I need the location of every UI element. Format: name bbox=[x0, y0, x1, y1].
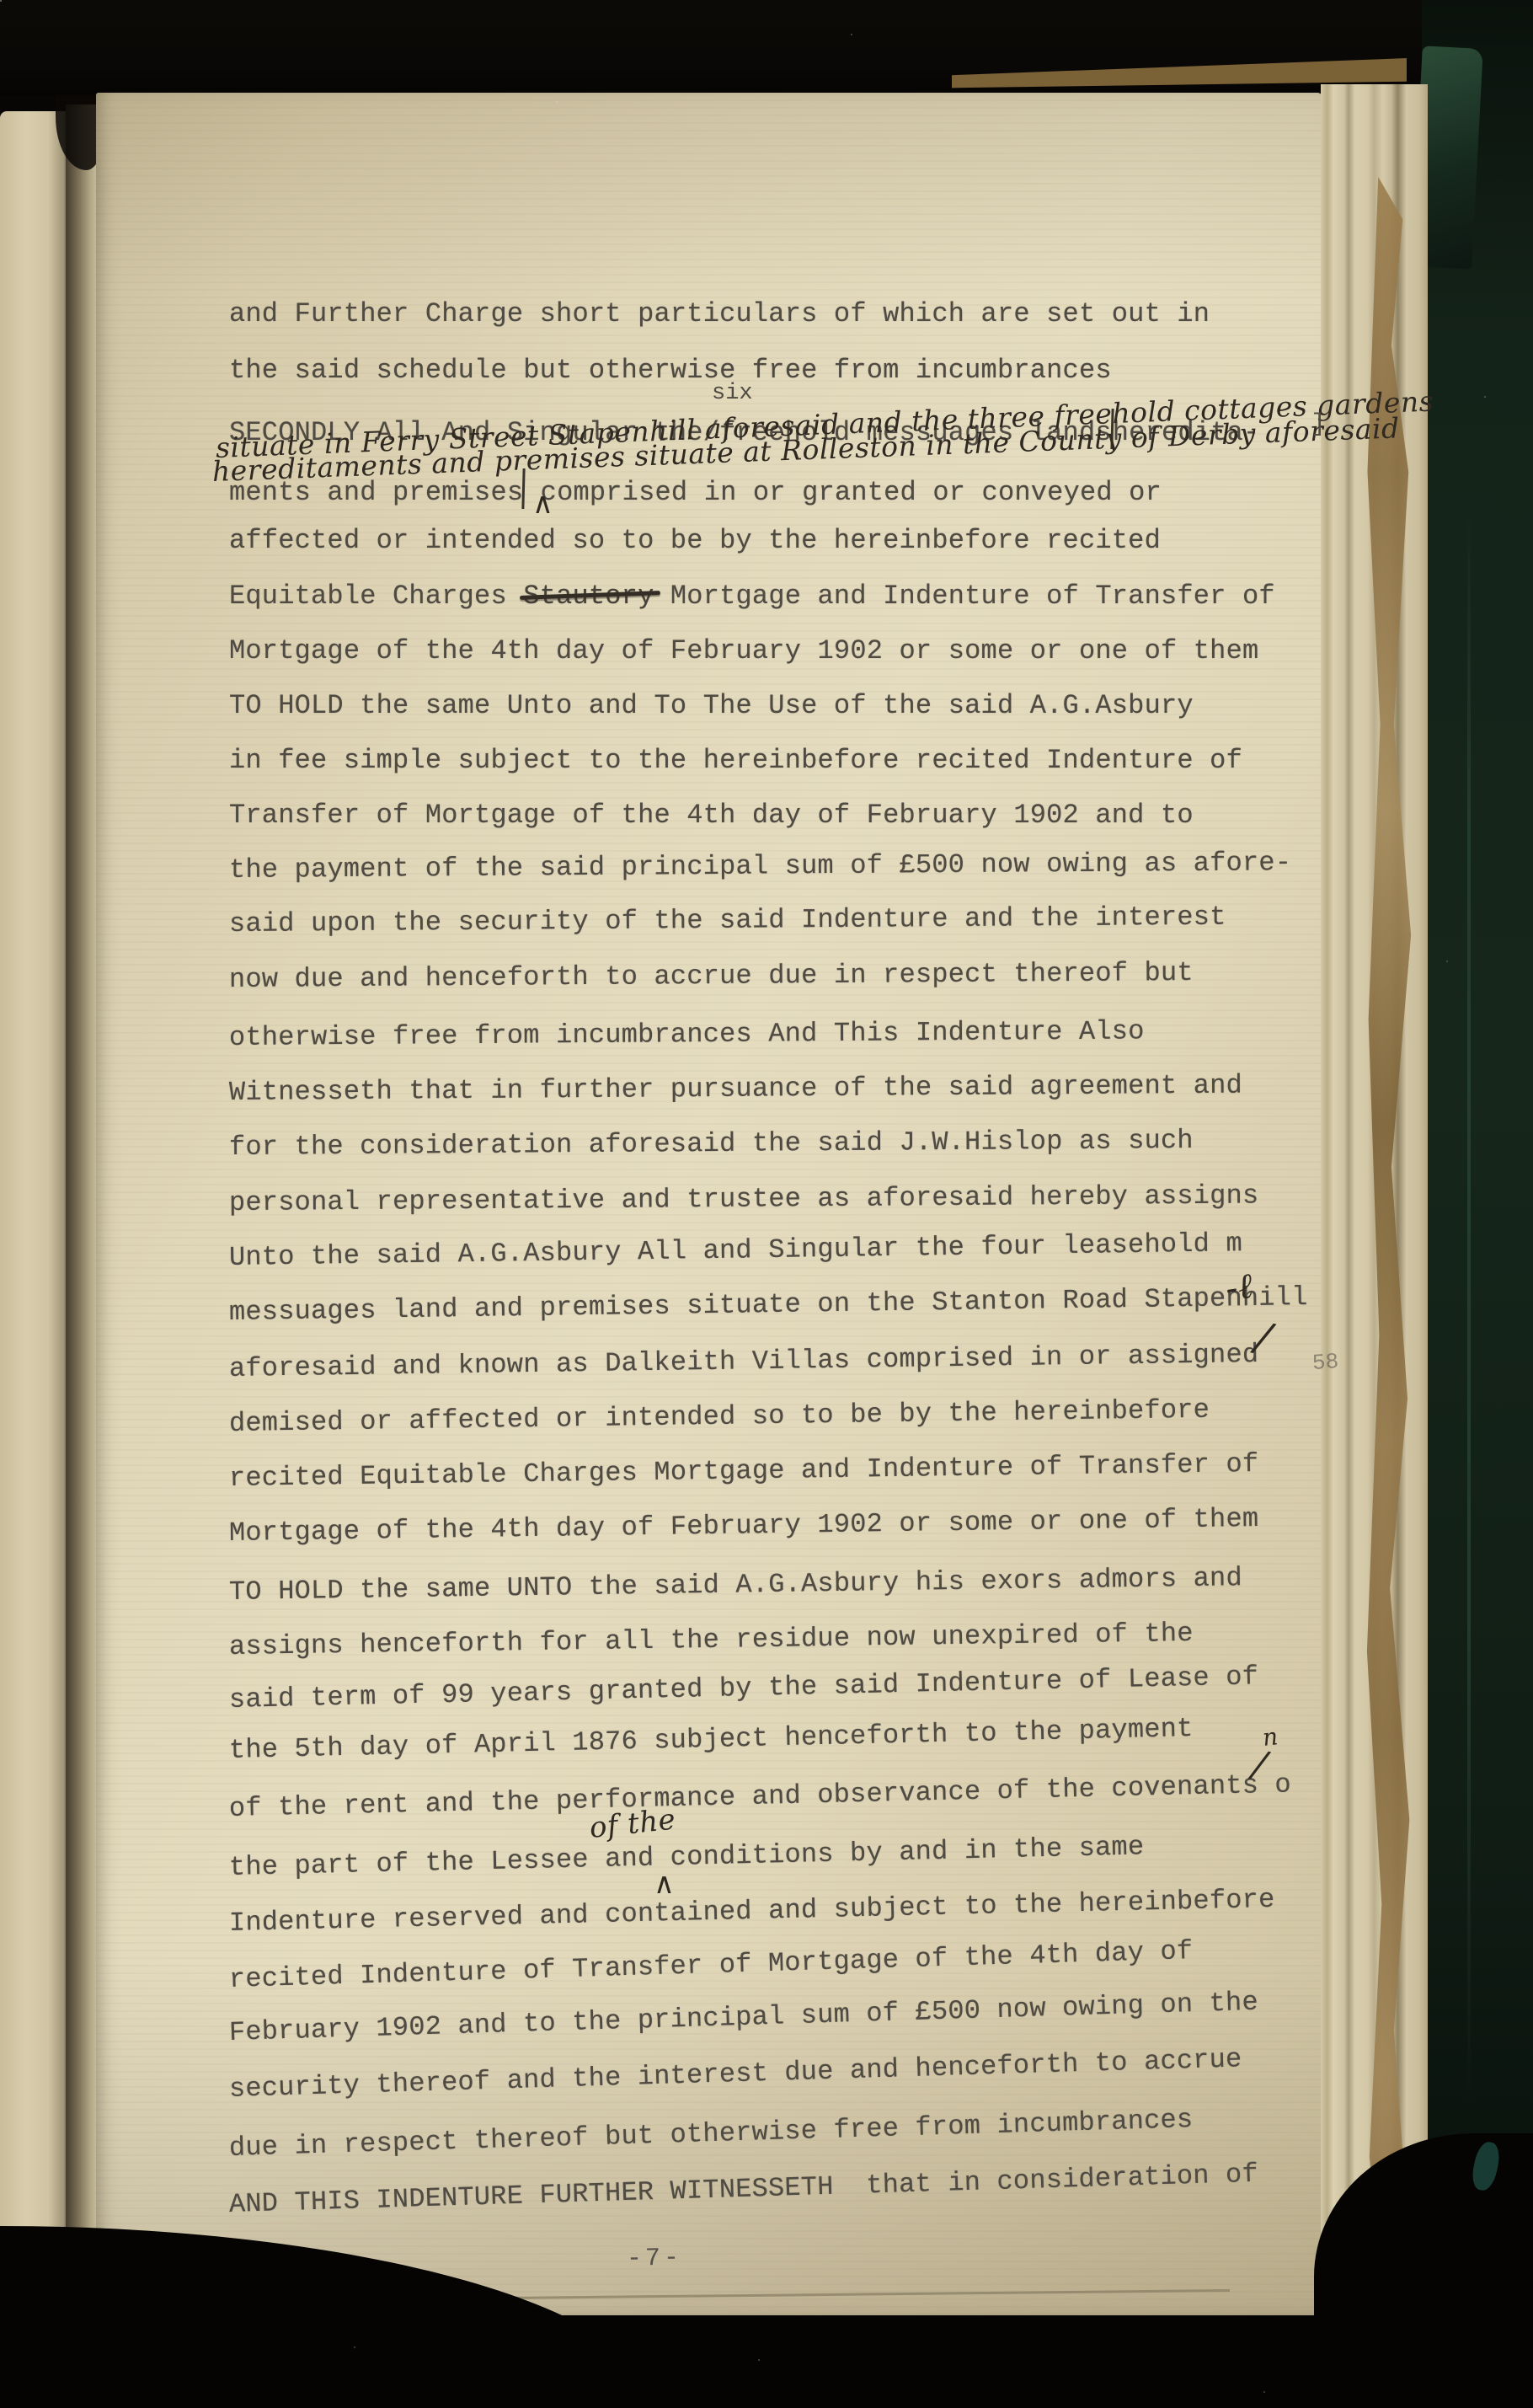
book-cover bbox=[1422, 0, 1533, 2408]
dust-specks bbox=[0, 0, 2, 2]
book-gutter-shadow bbox=[66, 104, 99, 2278]
typed-line: affected or intended so to be by the her… bbox=[229, 522, 1161, 559]
typed-line: in fee simple subject to the hereinbefor… bbox=[229, 742, 1242, 779]
caret-mark: ∧ bbox=[532, 487, 553, 521]
typed-line: TO HOLD the same Unto and To The Use of … bbox=[229, 688, 1194, 725]
book-photo: and Further Charge short particulars of … bbox=[0, 0, 1533, 2408]
typed-line: the payment of the said principal sum of… bbox=[229, 844, 1291, 889]
typed-insertion-six: six bbox=[712, 381, 753, 406]
struck-word: Stautory bbox=[523, 581, 654, 612]
typed-line: Witnesseth that in further pursuance of … bbox=[229, 1068, 1242, 1111]
typed-line-segment: comprised in or granted or conveyed or bbox=[524, 477, 1162, 508]
typed-line: Mortgage of the 4th day of February 1902… bbox=[229, 633, 1258, 670]
background-bottom bbox=[0, 2315, 1533, 2408]
margin-bracket-mark: ] bbox=[1311, 410, 1326, 439]
cover-edge-highlight bbox=[1467, 506, 1471, 2106]
typed-line: Equitable Charges Stautory Mortgage and … bbox=[229, 578, 1275, 615]
page-number: -7- bbox=[627, 2244, 683, 2273]
typed-line: otherwise free from incumbrances And Thi… bbox=[229, 1013, 1145, 1057]
typed-line: personal representative and trustee as a… bbox=[229, 1177, 1259, 1222]
typed-line: the said schedule but otherwise free fro… bbox=[229, 352, 1112, 389]
typed-line: Transfer of Mortgage of the 4th day of F… bbox=[229, 797, 1194, 834]
typed-line: now due and henceforth to accrue due in … bbox=[229, 955, 1194, 998]
typed-line: for the consideration aforesaid the said… bbox=[229, 1122, 1194, 1166]
typed-line: and Further Charge short particulars of … bbox=[229, 296, 1210, 333]
facing-page-edge bbox=[0, 111, 67, 2251]
typed-line: said upon the security of the said Inden… bbox=[229, 899, 1226, 943]
typed-line-segment: Mortgage and Indenture of Transfer of bbox=[654, 581, 1275, 612]
caret-mark: ∧ bbox=[654, 1867, 675, 1901]
typed-line-segment: Equitable Charges bbox=[229, 581, 523, 612]
page-edge-faint-number: 58 bbox=[1311, 1349, 1339, 1376]
margin-letter-insertion-mark: -ℓ bbox=[1223, 1265, 1256, 1310]
